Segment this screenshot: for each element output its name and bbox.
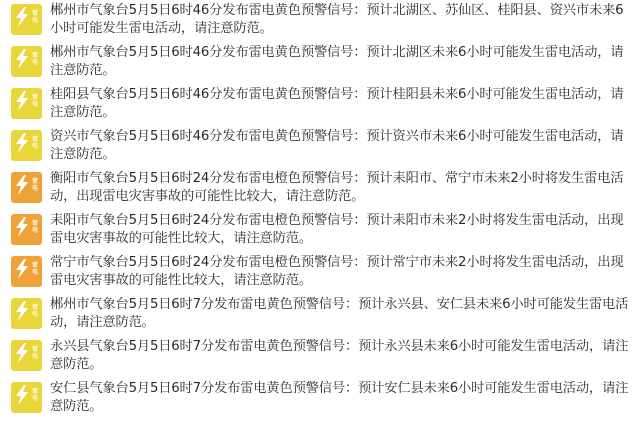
thunder-orange-warning-icon: 雷 电 bbox=[11, 214, 42, 245]
warning-text: 桂阳县气象台5月5日6时46分发布雷电黄色预警信号：预计桂阳县未来6小时可能发生… bbox=[50, 86, 630, 121]
warning-text: 资兴市气象台5月5日6时46分发布雷电黄色预警信号：预计资兴市未来6小时可能发生… bbox=[50, 128, 630, 163]
thunder-orange-warning-icon: 雷 电 bbox=[11, 256, 42, 287]
icon-caption-bar bbox=[13, 70, 40, 74]
icon-caption-bar bbox=[13, 112, 40, 116]
warning-text: 常宁市气象台5月5日6时24分发布雷电橙色预警信号：预计常宁市未来2小时将发生雷… bbox=[50, 254, 630, 289]
warning-item: 雷 电 耒阳市气象台5月5日6时24分发布雷电橙色预警信号：预计耒阳市未来2小时… bbox=[0, 214, 640, 256]
thunder-yellow-warning-icon: 雷 电 bbox=[11, 4, 42, 35]
thunder-yellow-warning-icon: 雷 电 bbox=[11, 130, 42, 161]
warning-text: 衡阳市气象台5月5日6时24分发布雷电橙色预警信号：预计耒阳市、常宁市未来2小时… bbox=[50, 170, 630, 205]
icon-caption-bar bbox=[13, 364, 40, 368]
warning-item: 雷 电 资兴市气象台5月5日6时46分发布雷电黄色预警信号：预计资兴市未来6小时… bbox=[0, 130, 640, 172]
warning-text: 耒阳市气象台5月5日6时24分发布雷电橙色预警信号：预计耒阳市未来2小时将发生雷… bbox=[50, 212, 630, 247]
warning-item: 雷 电 常宁市气象台5月5日6时24分发布雷电橙色预警信号：预计常宁市未来2小时… bbox=[0, 256, 640, 298]
thunder-yellow-warning-icon: 雷 电 bbox=[11, 298, 42, 329]
icon-caption-bar bbox=[13, 28, 40, 32]
warning-item: 雷 电 郴州市气象台5月5日6时46分发布雷电黄色预警信号：预计北湖区未来6小时… bbox=[0, 46, 640, 88]
warning-item: 雷 电 安仁县气象台5月5日6时7分发布雷电黄色预警信号：预计安仁县未来6小时可… bbox=[0, 382, 640, 422]
warning-text: 永兴县气象台5月5日6时7分发布雷电黄色预警信号：预计永兴县未来6小时可能发生雷… bbox=[50, 338, 630, 373]
warning-text: 安仁县气象台5月5日6时7分发布雷电黄色预警信号：预计安仁县未来6小时可能发生雷… bbox=[50, 380, 630, 415]
icon-caption-bar bbox=[13, 238, 40, 242]
icon-caption-bar bbox=[13, 280, 40, 284]
thunder-yellow-warning-icon: 雷 电 bbox=[11, 340, 42, 371]
warning-text: 郴州市气象台5月5日6时46分发布雷电黄色预警信号：预计北湖区未来6小时可能发生… bbox=[50, 44, 630, 79]
warning-text: 郴州市气象台5月5日6时46分发布雷电黄色预警信号：预计北湖区、苏仙区、桂阳县、… bbox=[50, 2, 630, 37]
thunder-yellow-warning-icon: 雷 电 bbox=[11, 382, 42, 413]
warning-item: 雷 电 桂阳县气象台5月5日6时46分发布雷电黄色预警信号：预计桂阳县未来6小时… bbox=[0, 88, 640, 130]
warning-item: 雷 电 永兴县气象台5月5日6时7分发布雷电黄色预警信号：预计永兴县未来6小时可… bbox=[0, 340, 640, 382]
icon-caption-bar bbox=[13, 406, 40, 410]
warning-item: 雷 电 郴州市气象台5月5日6时7分发布雷电黄色预警信号：预计永兴县、安仁县未来… bbox=[0, 298, 640, 340]
thunder-yellow-warning-icon: 雷 电 bbox=[11, 46, 42, 77]
warning-text: 郴州市气象台5月5日6时7分发布雷电黄色预警信号：预计永兴县、安仁县未来6小时可… bbox=[50, 296, 630, 331]
thunder-yellow-warning-icon: 雷 电 bbox=[11, 88, 42, 119]
icon-caption-bar bbox=[13, 196, 40, 200]
icon-caption-bar bbox=[13, 322, 40, 326]
icon-caption-bar bbox=[13, 154, 40, 158]
warning-item: 雷 电 衡阳市气象台5月5日6时24分发布雷电橙色预警信号：预计耒阳市、常宁市未… bbox=[0, 172, 640, 214]
thunder-orange-warning-icon: 雷 电 bbox=[11, 172, 42, 203]
warning-item: 雷 电 郴州市气象台5月5日6时46分发布雷电黄色预警信号：预计北湖区、苏仙区、… bbox=[0, 4, 640, 46]
